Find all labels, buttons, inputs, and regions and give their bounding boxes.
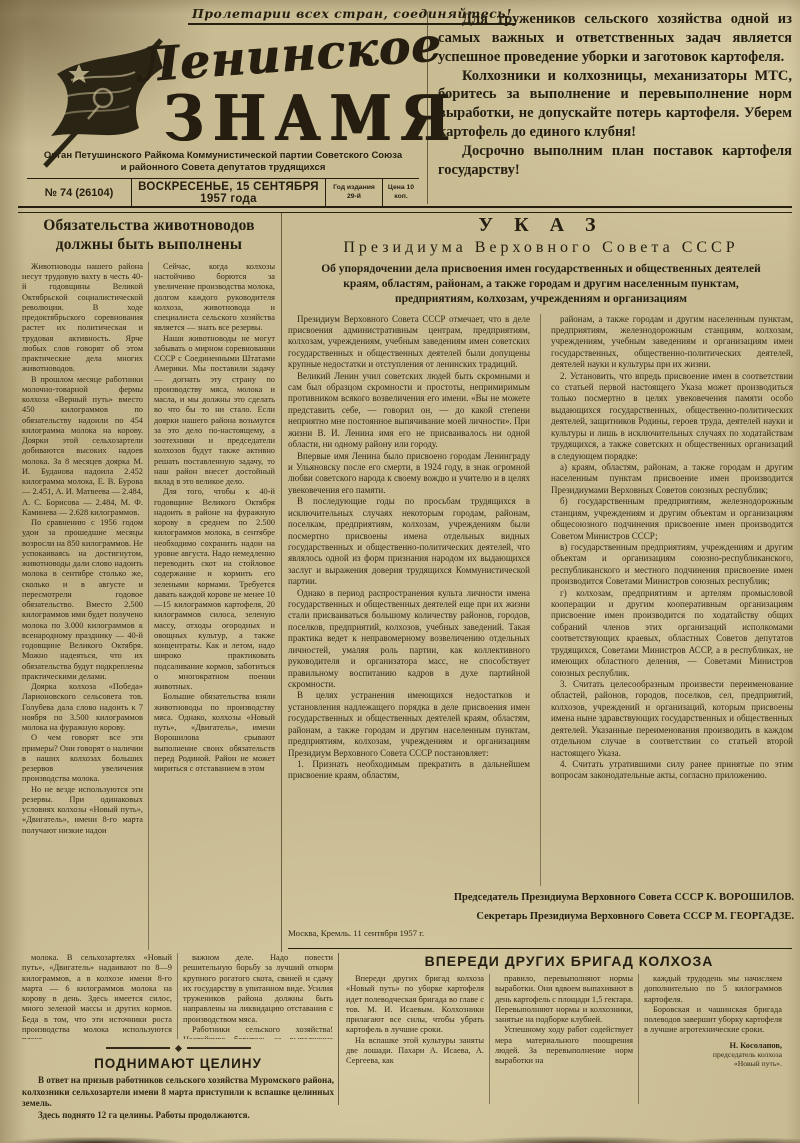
ukaz-kicker: У К А З bbox=[288, 214, 794, 237]
torn-bottom-edge bbox=[0, 1127, 800, 1143]
lead-article-title: Обязательства животноводовдолжны быть вы… bbox=[22, 216, 276, 255]
brigady-article: ВПЕРЕДИ ДРУГИХ БРИГАД КОЛХОЗА Впереди др… bbox=[346, 953, 792, 1104]
continuation-columns: молока. В сельхозартелях «Новый путь», «… bbox=[22, 953, 334, 1039]
article-paragraph: Успешному ходу работ содействует мера ма… bbox=[495, 1025, 633, 1066]
masthead: Ленинское ЗНАМЯ Орган Петушинского Райко… bbox=[25, 20, 421, 206]
ukaz-paragraph: б) государственным предприятиям, железно… bbox=[551, 496, 793, 542]
issue-date: ВОСКРЕСЕНЬЕ, 15 СЕНТЯБРЯ 1957 года bbox=[132, 179, 326, 207]
column-rule bbox=[540, 314, 541, 886]
ornament-divider bbox=[22, 1042, 334, 1054]
appeal-paragraph: Колхозники и колхозницы, механизаторы МТ… bbox=[438, 67, 792, 142]
brigady-columns: Впереди других бригад колхоза «Новый пут… bbox=[346, 974, 792, 1104]
brigady-col1: Впереди других бригад колхоза «Новый пут… bbox=[346, 974, 484, 1104]
article-paragraph: молока. В сельхозартелях «Новый путь», «… bbox=[22, 953, 172, 1039]
article-paragraph: Боровская и чашинская бригада полеводов … bbox=[644, 1005, 782, 1036]
lead-article-col2: Сейчас, когда колхозы настойчиво борются… bbox=[154, 262, 275, 950]
ukaz-subkicker: Президиума Верховного Совета СССР bbox=[288, 239, 794, 257]
ukaz-paragraph: Президиум Верховного Совета СССР отмечае… bbox=[288, 314, 530, 371]
ukaz-paragraph: в) государственным предприятиям, учрежде… bbox=[551, 542, 793, 588]
article-paragraph: Доярка колхоза «Победа» Ларионовского се… bbox=[22, 682, 143, 733]
ukaz-signature-chairman: Председатель Президиума Верховного Совет… bbox=[288, 891, 794, 905]
ukaz-paragraph: 2. Установить, что впредь присвоение име… bbox=[551, 371, 793, 462]
masthead-rule bbox=[18, 206, 792, 213]
tselina-title: ПОДНИМАЮТ ЦЕЛИНУ bbox=[22, 1056, 334, 1071]
continuation-col1: молока. В сельхозартелях «Новый путь», «… bbox=[22, 953, 172, 1039]
lead-article: Обязательства животноводовдолжны быть вы… bbox=[22, 216, 276, 950]
ukaz-title: Об упорядочении дела присвоения имен гос… bbox=[303, 262, 779, 308]
brigady-signature-role: председатель колхоза«Новый путь». bbox=[644, 1050, 782, 1070]
article-paragraph: Сейчас, когда колхозы настойчиво борются… bbox=[154, 262, 275, 334]
ukaz-paragraph: 3. Считать целесообразным произвести пер… bbox=[551, 679, 793, 759]
article-paragraph: Наши животноводы не могут забывать о мир… bbox=[154, 334, 275, 488]
article-paragraph: На вспашке этой культуры заняты две лоша… bbox=[346, 1036, 484, 1067]
appeal-paragraph: Для тружеников сельского хозяйства одной… bbox=[438, 10, 792, 67]
article-paragraph: Большие обязательства взяли животноводы … bbox=[154, 692, 275, 774]
column-rule bbox=[638, 974, 639, 1104]
article-paragraph: Животноводы нашего района несут трудовую… bbox=[22, 262, 143, 375]
ukaz-paragraph: а) краям, областям, районам, а также гор… bbox=[551, 462, 793, 496]
article-paragraph: Работники сельского хозяйства! Настойчив… bbox=[183, 1025, 333, 1039]
lead-article-continuation: молока. В сельхозартелях «Новый путь», «… bbox=[22, 953, 334, 1122]
ukaz-section: У К А З Президиума Верховного Совета ССС… bbox=[288, 214, 794, 938]
article-paragraph: правило, перевыполняют нормы выработки. … bbox=[495, 974, 633, 1025]
article-paragraph: В ответ на призыв работников сельского х… bbox=[22, 1075, 334, 1110]
newspaper-page: Пролетарии всех стран, соединяйтесь! Лен… bbox=[0, 0, 800, 1143]
ukaz-signature-secretary: Секретарь Президиума Верховного Совета С… bbox=[288, 910, 794, 924]
brigady-col3: каждый трудодень мы начисляем дополнител… bbox=[644, 974, 782, 1104]
brigady-signature: Н. Косолапов, bbox=[644, 1041, 782, 1050]
ukaz-paragraph: 1. Признать необходимым прекратить в дал… bbox=[288, 759, 530, 782]
ukaz-col1: Президиум Верховного Совета СССР отмечае… bbox=[288, 314, 530, 886]
ukaz-paragraph: В целях устранения имеющихся недостатков… bbox=[288, 690, 530, 759]
article-paragraph: Но не везде используются эти резервы. Пр… bbox=[22, 785, 143, 836]
main-column-divider bbox=[281, 212, 282, 952]
issue-info-strip: № 74 (26104) ВОСКРЕСЕНЬЕ, 15 СЕНТЯБРЯ 19… bbox=[27, 178, 419, 207]
organ-line: Орган Петушинского Райкома Коммунистичес… bbox=[25, 150, 421, 174]
ukaz-col2: районам, а также городам и другим населе… bbox=[551, 314, 793, 886]
ukaz-columns: Президиум Верховного Совета СССР отмечае… bbox=[288, 314, 794, 886]
column-rule bbox=[177, 953, 178, 1039]
bottom-section-rule bbox=[288, 948, 792, 949]
brigady-col2: правило, перевыполняют нормы выработки. … bbox=[495, 974, 633, 1104]
lead-article-col1: Животноводы нашего района несут трудовую… bbox=[22, 262, 143, 950]
article-paragraph: Здесь поднято 12 га целины. Работы продо… bbox=[22, 1110, 334, 1122]
article-paragraph: важном деле. Надо повести решительную бо… bbox=[183, 953, 333, 1025]
article-paragraph: каждый трудодень мы начисляем дополнител… bbox=[644, 974, 782, 1005]
column-rule bbox=[148, 262, 149, 950]
front-page-appeal: Для тружеников сельского хозяйства одной… bbox=[438, 10, 792, 206]
organ-line-1: Орган Петушинского Райкома Коммунистичес… bbox=[25, 150, 421, 162]
ukaz-paragraph: г) колхозам, предприятиям и артелям пром… bbox=[551, 588, 793, 679]
issue-number: № 74 (26104) bbox=[27, 179, 132, 207]
article-paragraph: Впереди других бригад колхоза «Новый пут… bbox=[346, 974, 484, 1036]
bottom-column-divider bbox=[338, 953, 339, 1105]
article-paragraph: О чем говорят все эти примеры? Они говор… bbox=[22, 733, 143, 784]
tselina-body: В ответ на призыв работников сельского х… bbox=[22, 1075, 334, 1122]
ukaz-paragraph: районам, а также городам и другим населе… bbox=[551, 314, 793, 371]
article-paragraph: В прошлом месяце работники молочно-товар… bbox=[22, 375, 143, 519]
price: Цена 10 коп. bbox=[383, 179, 419, 207]
ukaz-paragraph: Великий Ленин учил советских людей быть … bbox=[288, 371, 530, 451]
ukaz-paragraph: В последующие годы по просьбам трудящихс… bbox=[288, 496, 530, 587]
column-rule bbox=[489, 974, 490, 1104]
masthead-divider bbox=[427, 12, 428, 204]
organ-line-2: и районного Совета депутатов трудящихся bbox=[25, 162, 421, 174]
ukaz-paragraph: 4. Считать утратившими силу ранее принят… bbox=[551, 759, 793, 782]
appeal-paragraph: Досрочно выполним план поставок картофел… bbox=[438, 142, 792, 180]
newspaper-title-main: ЗНАМЯ bbox=[163, 82, 458, 156]
ukaz-paragraph: Однако в период распространения культа л… bbox=[288, 588, 530, 691]
article-paragraph: Для того, чтобы к 40-й годовщине Великог… bbox=[154, 487, 275, 692]
continuation-col2: важном деле. Надо повести решительную бо… bbox=[183, 953, 333, 1039]
article-paragraph: По сравнению с 1956 годом удои за прошед… bbox=[22, 518, 143, 682]
edition-year: Год издания 29-й bbox=[326, 179, 383, 207]
lead-article-columns: Животноводы нашего района несут трудовую… bbox=[22, 262, 276, 950]
ukaz-paragraph: Впервые имя Ленина было присвоено города… bbox=[288, 451, 530, 497]
brigady-title: ВПЕРЕДИ ДРУГИХ БРИГАД КОЛХОЗА bbox=[346, 953, 792, 969]
ukaz-dateline: Москва, Кремль. 11 сентября 1957 г. bbox=[288, 928, 794, 938]
